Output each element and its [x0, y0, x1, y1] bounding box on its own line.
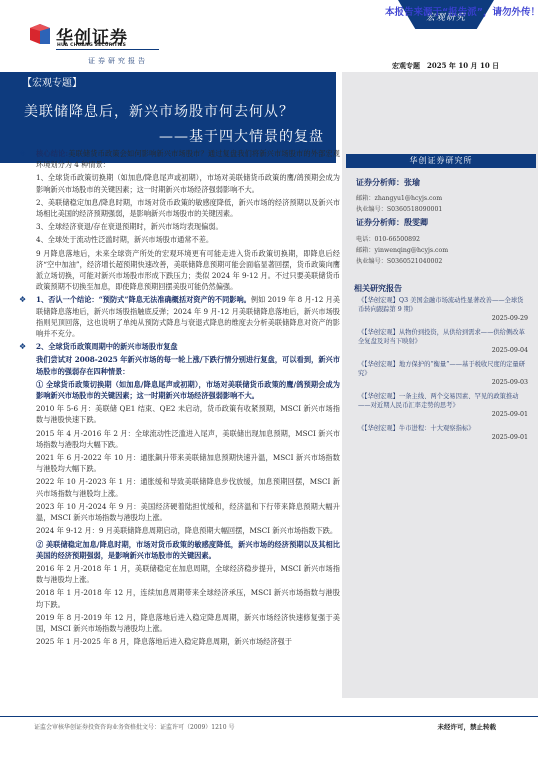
event-item: 2015 年 4 月-2016 年 2 月：全球流动性泛滥进入尾声，美联储出现加… — [36, 428, 340, 450]
related-report[interactable]: 《【华创宏观】从物价到投资，从供给到需求——供给侧改革全复盘及对当下映射》 20… — [358, 328, 528, 355]
core-conclusion: ❖ 核心结论:美联储货币政策会如何影响新兴市场股市？通过复盘我们将新兴市场股市的… — [18, 148, 340, 292]
event-item: 2019 年 8 月-2019 年 12 月，降息落地后进入稳定降息周期，新兴市… — [36, 612, 340, 634]
sidebar-header: 华创证券研究所 — [346, 154, 536, 168]
analyst-cert: 执业编号：S0360521040002 — [356, 256, 442, 265]
title-tag: 【宏观专题】 — [22, 74, 82, 89]
related-research-title: 相关研究报告 — [354, 283, 402, 294]
related-report-title[interactable]: 《【华创宏观】牛市进程：十大观察指标》 — [358, 424, 528, 433]
related-report-title[interactable]: 《【华创宏观】从物价到投资，从供给到需求——供给侧改革全复盘及对当下映射》 — [358, 328, 528, 346]
analyst-name: 证券分析师：殷雯卿 — [356, 217, 428, 228]
scenario-2: ② 美联储稳定加息/降息时期，市场对货币政策的敏感度降低，新兴市场的经济预期以及… — [36, 539, 340, 561]
core-item: 2、美联储稳定加息/降息时期，市场对货币政策的敏感度降低，新兴市场的经济预期以及… — [36, 197, 340, 219]
logo-cube-icon — [28, 22, 52, 46]
point-2-label: 2、全球货币政策周期中的新兴市场股市复盘 — [36, 341, 340, 352]
footer-license: 证监会审核华创证券投资咨询业务资格批文号：证监许可（2009）1210 号 — [34, 722, 234, 731]
analyst-email[interactable]: 邮箱：zhangyu1@hcyjs.com — [356, 193, 442, 202]
page-title: 美联储降息后，新兴市场股市何去何从？ — [24, 101, 294, 121]
event-item: 2023 年 10 月-2024 年 9 月：美国经济硬着陆担忧缓和，经济温和下… — [36, 501, 340, 523]
report-date: 宏观专题 2025 年 10 月 10 日 — [392, 61, 499, 71]
event-item: 2021 年 6 月-2022 年 10 月：通胀飙升带来美联储加息预期快速升温… — [36, 452, 340, 474]
point-1: ❖ 1、否认一个结论：“预防式”降息无法准确概括对资产的不同影响。例如 2019… — [18, 294, 340, 339]
point-1-label: 1、否认一个结论：“预防式”降息无法准确概括对资产的不同影响。 — [36, 295, 251, 304]
related-report-date: 2025-09-04 — [358, 346, 528, 355]
related-report-date: 2025-09-03 — [358, 378, 528, 387]
event-item: 2024 年 9-12 月：9 月美联储降息周期启动，降息预期大幅回摆，MSCI… — [36, 525, 340, 536]
analyst-cert: 执业编号：S0360518090001 — [356, 204, 442, 213]
footer-divider — [0, 716, 538, 717]
logo-english-name: HUA CHUANG SECURITIES — [57, 43, 126, 48]
footer-copyright: 未经许可，禁止转载 — [438, 722, 497, 731]
logo-divider — [56, 49, 159, 50]
related-report-date: 2025-09-01 — [358, 433, 528, 442]
main-content: ❖ 核心结论:美联储货币政策会如何影响新兴市场股市？通过复盘我们将新兴市场股市的… — [18, 148, 340, 649]
core-item: 4、全球处于流动性泛滥时期，新兴市场股市通常不差。 — [36, 234, 340, 245]
analyst-phone: 电话：010-66500892 — [356, 234, 420, 243]
event-item: 2025 年 1 月-2025 年 8 月，降息落地后进入稳定降息周期，新兴市场… — [36, 636, 340, 647]
diamond-bullet-icon: ❖ — [19, 294, 26, 305]
core-item: 1、全球货币政策切换期（如加息/降息尾声或初期），市场对美联储货币政策的鹰/鸽预… — [36, 172, 340, 194]
related-report[interactable]: 《【华创宏观】Q3 美国金融市场流动性显著改善——全球货币转向跟踪第 9 期》 … — [358, 296, 528, 323]
event-item: 2022 年 10 月-2023 年 1 月：通胀缓和导致美联储降息步伐放缓，加… — [36, 476, 340, 498]
related-report-title[interactable]: 《【华创宏观】Q3 美国金融市场流动性显著改善——全球货币转向跟踪第 9 期》 — [358, 296, 528, 314]
related-report[interactable]: 《【华创宏观】地方保护的“衡量”——基于税收尺度的定量研究》 2025-09-0… — [358, 360, 528, 387]
related-report-date: 2025-09-01 — [358, 410, 528, 419]
point-2: ❖ 2、全球货币政策周期中的新兴市场股市复盘 我们尝试对 2008-2025 年… — [18, 341, 340, 647]
related-report-title[interactable]: 《【华创宏观】一条主线、两个交易因素、罕见的政策推动——对近期人民币汇率走势的思… — [358, 392, 528, 410]
core-outlook: 9 月降息落地后，未来全球资产所处的宏观环境更有可能走进入货币政策切换期，即降息… — [36, 248, 340, 293]
point-2-intro: 我们尝试对 2008-2025 年新兴市场的每一轮上涨/下跌行情分别进行复盘，可… — [36, 354, 340, 376]
related-report[interactable]: 《【华创宏观】牛市进程：十大观察指标》 2025-09-01 — [358, 424, 528, 442]
diamond-bullet-icon: ❖ — [19, 148, 26, 159]
analyst-email[interactable]: 邮箱：yinwenqing@hcyjs.com — [356, 245, 448, 254]
page-subtitle: ——基于四大情景的复盘 — [159, 126, 324, 146]
core-intro: 美联储货币政策会如何影响新兴市场股市？通过复盘我们将新兴市场股市的外部宏观环境划… — [36, 149, 340, 169]
related-report-date: 2025-09-29 — [358, 314, 528, 323]
event-item: 2018 年 1 月-2018 年 12 月，连续加息周期带来全球经济承压，MS… — [36, 587, 340, 609]
related-report-title[interactable]: 《【华创宏观】地方保护的“衡量”——基于税收尺度的定量研究》 — [358, 360, 528, 378]
related-report[interactable]: 《【华创宏观】一条主线、两个交易因素、罕见的政策推动——对近期人民币汇率走势的思… — [358, 392, 528, 419]
core-label: 核心结论: — [36, 149, 68, 158]
report-type-label: 证券研究报告 — [88, 56, 148, 66]
watermark-text: 本报告来源于“报告派”，请勿外传！ — [385, 4, 538, 18]
event-item: 2010 年 5-6 月：美联储 QE1 结束、QE2 未启动，货币政策有收紧预… — [36, 403, 340, 425]
diamond-bullet-icon: ❖ — [19, 341, 26, 352]
analyst-name: 证券分析师：张瑜 — [356, 177, 420, 188]
event-item: 2016 年 2 月-2018 年 1 月，美联储稳定在加息周期，全球经济稳步提… — [36, 563, 340, 585]
core-item: 3、全球经济衰退/存在衰退预期时，新兴市场均表现偏弱。 — [36, 221, 340, 232]
scenario-1: ① 全球货币政策切换期（如加息/降息尾声或初期），市场对美联储货币政策的鹰/鸽预… — [36, 379, 340, 401]
